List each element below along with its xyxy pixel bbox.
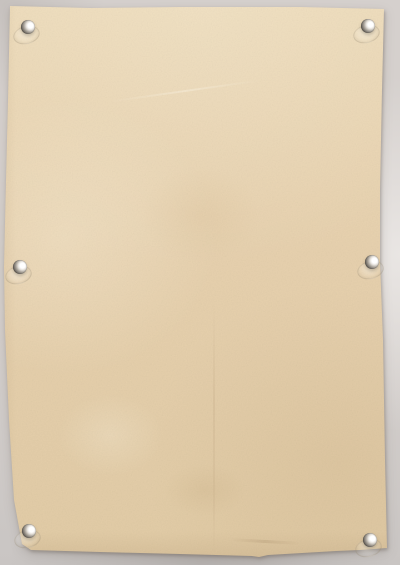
paper-grain-texture <box>0 0 400 565</box>
pushpin-head <box>21 20 35 34</box>
photo-of-pinned-paper <box>0 0 400 565</box>
pushpin-head <box>13 260 27 274</box>
pushpin-head <box>361 19 375 33</box>
pushpin-head <box>365 255 379 269</box>
paper-cast-shadow <box>0 0 400 565</box>
blank-paper-sheet <box>0 0 400 565</box>
pushpin-head <box>363 533 377 547</box>
pushpin-head <box>22 524 36 538</box>
